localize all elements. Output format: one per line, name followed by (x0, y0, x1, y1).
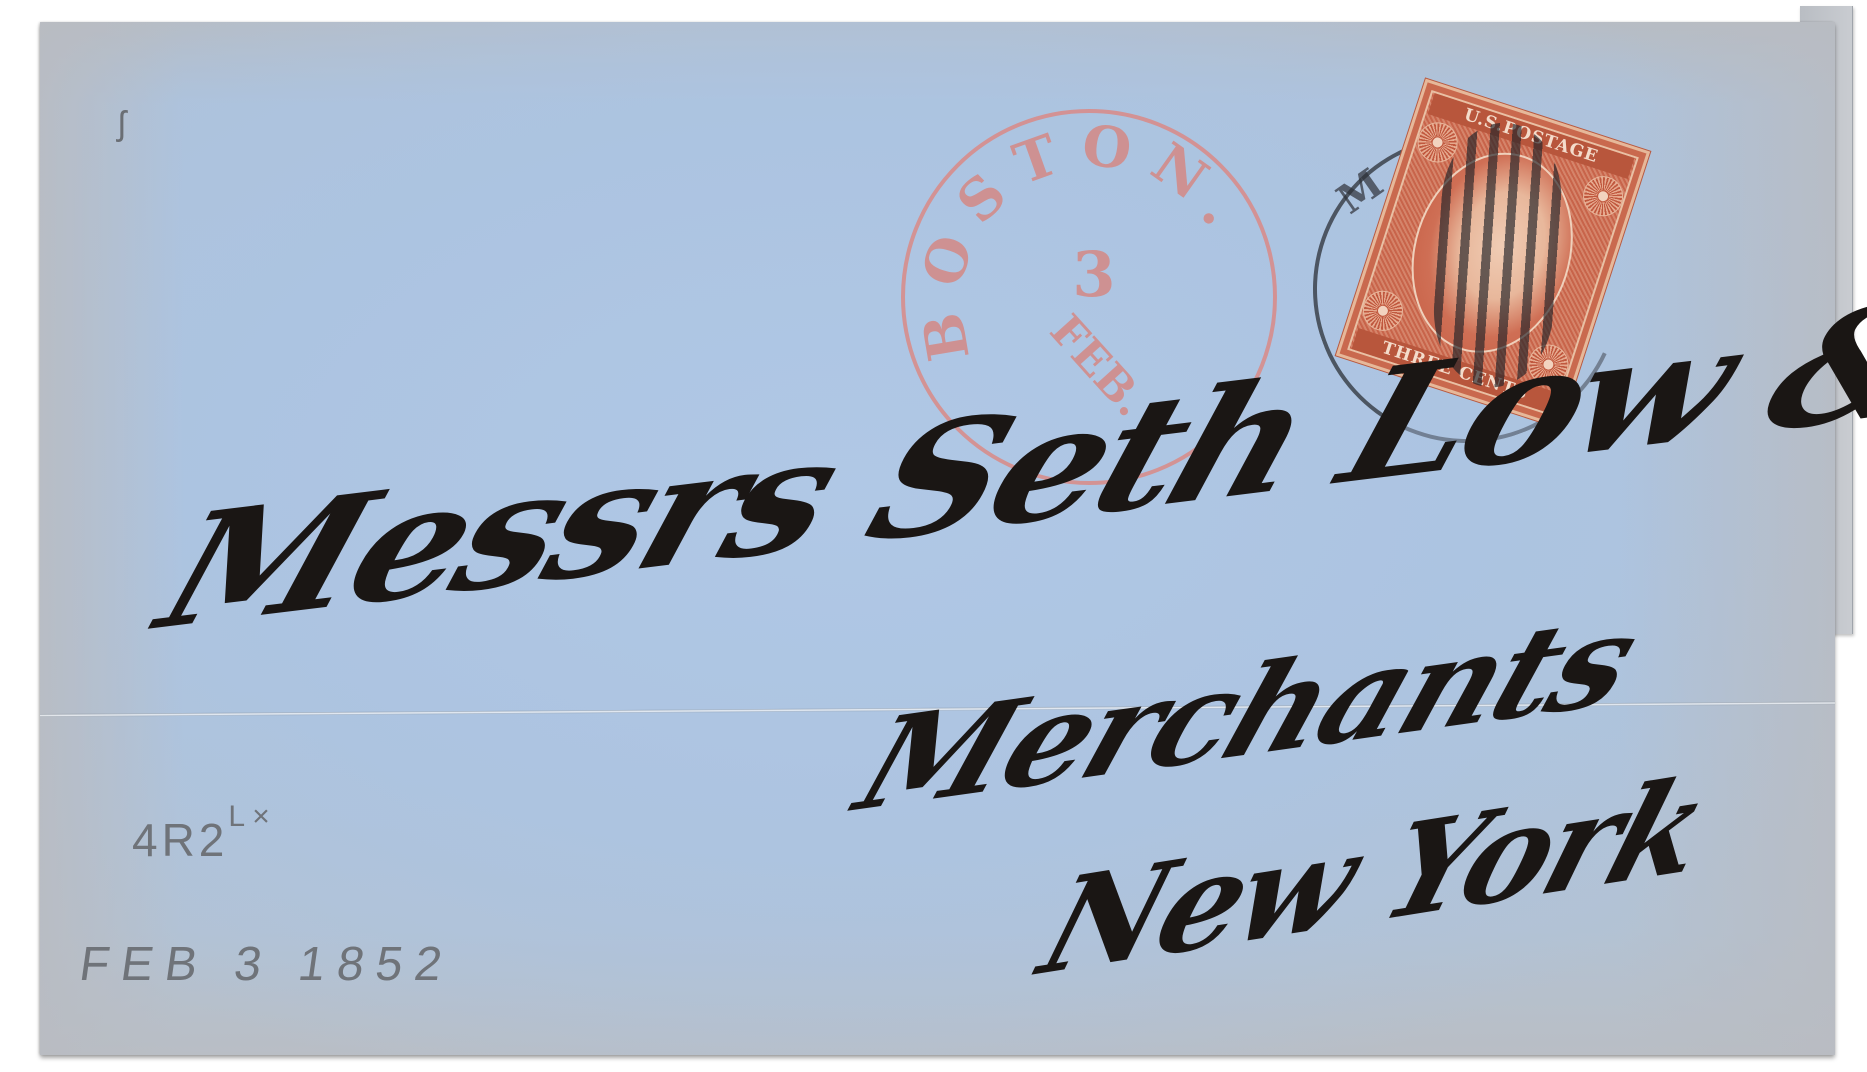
pencil-date: FEB 3 1852 (76, 937, 457, 992)
postmark-day: 3 (1072, 238, 1115, 311)
plate-position: 4R2 (132, 814, 228, 866)
pencil-plate-position: 4R2L × (132, 813, 270, 867)
pencil-corner-mark: ʃ (118, 105, 126, 144)
plate-position-suffix: L × (228, 800, 269, 833)
